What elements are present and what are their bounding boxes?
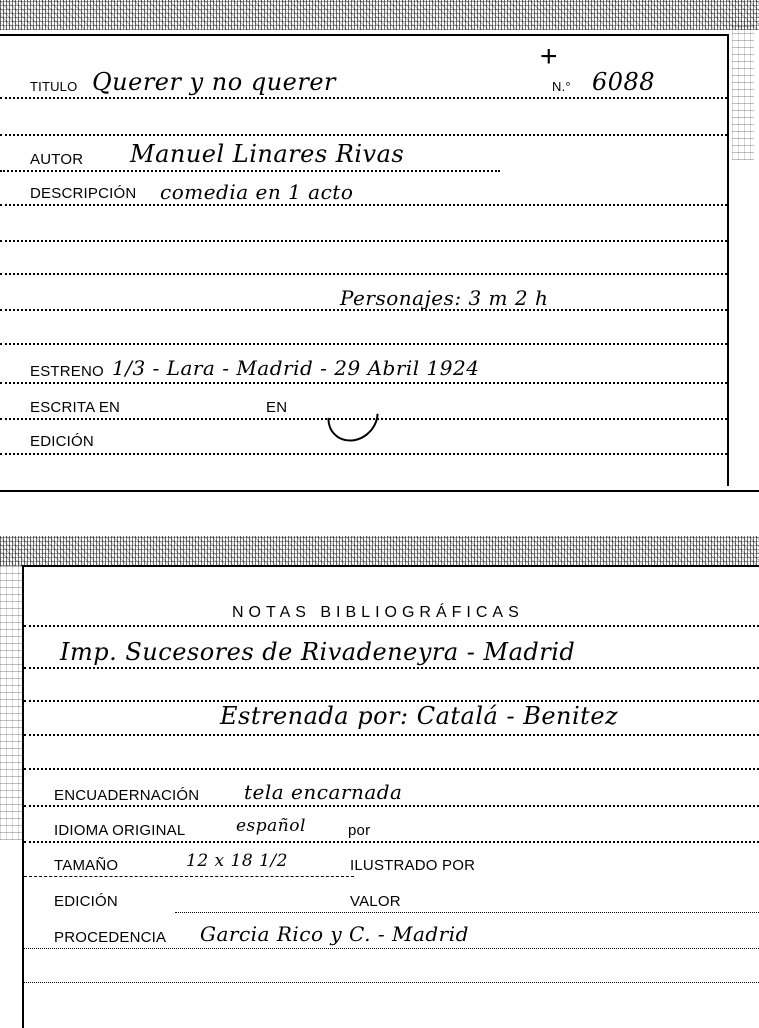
scan-noise-right (732, 20, 754, 160)
procedencia-value: Garcia Rico y C. - Madrid (200, 924, 469, 944)
idioma-original-value: español (236, 818, 306, 835)
note-1: Imp. Sucesores de Rivadeneyra - Madrid (60, 640, 575, 664)
descripcion-value: comedia en 1 acto (160, 182, 353, 202)
blank-line-4 (0, 343, 727, 345)
blank-line-1 (0, 134, 727, 136)
autor-label: AUTOR (30, 152, 83, 167)
escrita-en-line (0, 418, 727, 420)
descripcion-line (0, 204, 727, 206)
notas-line-5 (24, 768, 759, 770)
tamano-value: 12 x 18 1/2 (186, 853, 288, 870)
autor-value: Manuel Linares Rivas (130, 142, 404, 166)
ilustrado-por-label: ILUSTRADO POR (350, 858, 475, 873)
edicion-line (0, 453, 727, 455)
procedencia-label: PROCEDENCIA (54, 930, 166, 945)
idioma-original-line (24, 841, 759, 843)
encuadernacion-value: tela encarnada (244, 782, 402, 802)
valor-label: VALOR (350, 894, 401, 909)
notas-line-1 (24, 625, 759, 627)
tamano-label: TAMAÑO (54, 858, 118, 873)
tamano-line (24, 876, 354, 877)
notas-heading: NOTAS BIBLIOGRÁFICAS (232, 604, 524, 622)
estreno-label: ESTRENO (30, 364, 104, 379)
personajes-value: Personajes: 3 m 2 h (340, 288, 548, 308)
titulo-value: Querer y no querer (92, 70, 336, 94)
blank-line-back (24, 982, 759, 983)
cross-mark: + (540, 42, 558, 72)
scan-noise-top (0, 0, 759, 30)
edicion-label: EDICIÓN (30, 434, 94, 449)
titulo-label: TITULO (30, 80, 77, 93)
descripcion-label: DESCRIPCIÓN (30, 186, 136, 201)
personajes-line (0, 309, 727, 311)
titulo-line (0, 97, 727, 99)
autor-line (0, 170, 500, 172)
procedencia-line (24, 948, 759, 949)
blank-line-3 (0, 273, 727, 275)
por-label: por (348, 823, 370, 838)
scan-noise-left (0, 560, 22, 840)
idioma-original-label: IDIOMA ORIGINAL (54, 823, 185, 838)
blank-line-2 (0, 240, 727, 242)
valor-line (175, 912, 759, 913)
en-label: EN (266, 400, 287, 415)
estreno-line (0, 382, 727, 384)
numero-label: N.° (552, 80, 571, 93)
edicion-back-label: EDICIÓN (54, 894, 118, 909)
estreno-value: 1/3 - Lara - Madrid - 29 Abril 1924 (112, 358, 479, 378)
numero-value: 6088 (592, 70, 655, 94)
encuadernacion-label: ENCUADERNACIÓN (54, 788, 199, 803)
note-2: Estrenada por: Catalá - Benitez (220, 704, 618, 728)
escrita-en-label: ESCRITA EN (30, 400, 120, 415)
notas-line-2 (24, 667, 759, 669)
scan-noise-middle (0, 536, 759, 566)
encuadernacion-line (24, 805, 759, 807)
card-divider (0, 490, 759, 492)
notas-line-4 (24, 734, 759, 736)
